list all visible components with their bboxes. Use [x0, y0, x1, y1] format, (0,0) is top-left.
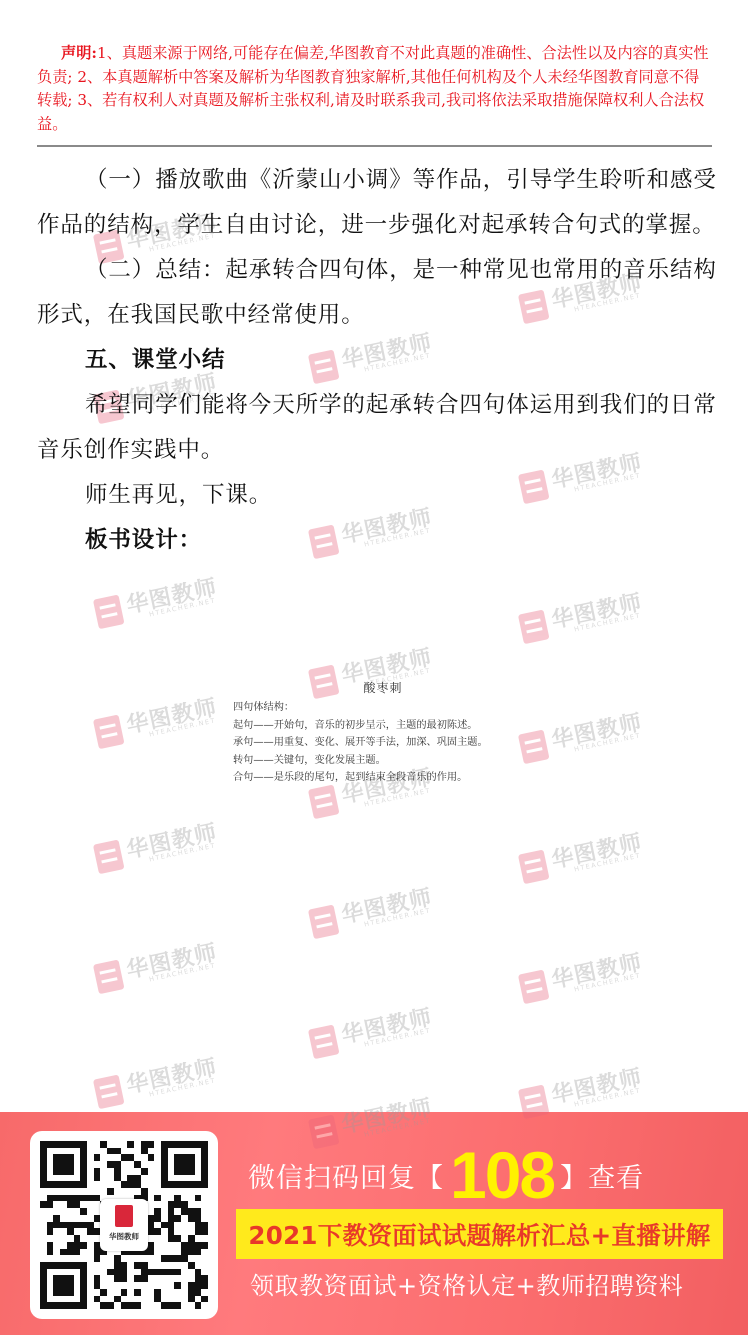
watermark-logo-icon: 华图教师HTEACHER.NET	[92, 1047, 229, 1119]
board-line: 起句——开始句，音乐的初步呈示，主题的最初陈述。	[233, 717, 533, 734]
bracket-close: 】	[560, 1156, 588, 1195]
cta-prefix: 微信扫码回复	[248, 1156, 416, 1195]
qr-code-card[interactable]: 华图教师	[30, 1131, 218, 1319]
paragraph-closing-hope: 希望同学们能将今天所学的起承转合四句体运用到我们的日常音乐创作实践中。	[37, 383, 717, 473]
watermark-logo-icon: 华图教师HTEACHER.NET	[517, 702, 654, 774]
cta-resources: 领取教资面试+资格认定+教师招聘资料	[250, 1264, 683, 1308]
paragraph-summary-2: （二）总结：起承转合四句体，是一种常见也常用的音乐结构形式，在我国民歌中经常使用…	[37, 248, 717, 338]
lesson-content: （一）播放歌曲《沂蒙山小调》等作品，引导学生聆听和感受作品的结构，学生自由讨论，…	[37, 158, 717, 563]
watermark-logo-icon: 华图教师HTEACHER.NET	[307, 997, 444, 1069]
cta-highlight-text: 2021下教资面试试题解析汇总+直播讲解	[248, 1217, 710, 1252]
paragraph-goodbye: 师生再见，下课。	[37, 473, 717, 518]
disclaimer: 声明:1、真题来源于网络,可能存在偏差,华图教育不对此真题的准确性、合法性以及内…	[37, 42, 712, 136]
watermark-logo-icon: 华图教师HTEACHER.NET	[517, 582, 654, 654]
watermark-logo-icon: 华图教师HTEACHER.NET	[517, 822, 654, 894]
watermark-logo-icon: 华图教师HTEACHER.NET	[307, 877, 444, 949]
bracket-open: 【	[416, 1156, 444, 1195]
disclaimer-text: 1、真题来源于网络,可能存在偏差,华图教育不对此真题的准确性、合法性以及内容的真…	[37, 44, 709, 133]
watermark-logo-icon: 华图教师HTEACHER.NET	[92, 687, 229, 759]
board-line: 四句体结构：	[233, 699, 533, 716]
board-line: 承句——用重复、变化、展开等手法，加深、巩固主题。	[233, 734, 533, 751]
paragraph-activity-1: （一）播放歌曲《沂蒙山小调》等作品，引导学生聆听和感受作品的结构，学生自由讨论，…	[37, 158, 717, 248]
promo-banner: 华图教师 微信扫码回复 【 108 】 查看 2021下教资面试试题解析汇总+直…	[0, 1112, 748, 1335]
board-line: 转句——关键句，变化发展主题。	[233, 752, 533, 769]
disclaimer-lead: 声明:	[61, 44, 97, 62]
watermark-logo-icon: 华图教师HTEACHER.NET	[92, 932, 229, 1004]
section-heading-board-design: 板书设计：	[37, 518, 717, 563]
qr-logo-label: 华图教师	[100, 1231, 148, 1242]
board-title: 酸枣刺	[233, 680, 533, 697]
board-design-image: 酸枣刺 四句体结构： 起句——开始句，音乐的初步呈示，主题的最初陈述。 承句——…	[233, 680, 533, 786]
qr-center-logo: 华图教师	[100, 1199, 148, 1251]
cta-suffix: 查看	[588, 1156, 644, 1195]
brand-logo-icon	[115, 1205, 133, 1227]
cta-highlight-box: 2021下教资面试试题解析汇总+直播讲解	[236, 1209, 723, 1259]
reply-code: 108	[450, 1140, 554, 1210]
watermark-logo-icon: 华图教师HTEACHER.NET	[92, 812, 229, 884]
section-heading-class-summary: 五、课堂小结	[37, 338, 717, 383]
board-line: 合句——是乐段的尾句，起到结束全段音乐的作用。	[233, 769, 533, 786]
cta-scan-reply: 微信扫码回复 【 108 】 查看	[248, 1140, 644, 1210]
watermark-logo-icon: 华图教师HTEACHER.NET	[92, 567, 229, 639]
divider	[37, 145, 712, 147]
watermark-logo-icon: 华图教师HTEACHER.NET	[517, 942, 654, 1014]
